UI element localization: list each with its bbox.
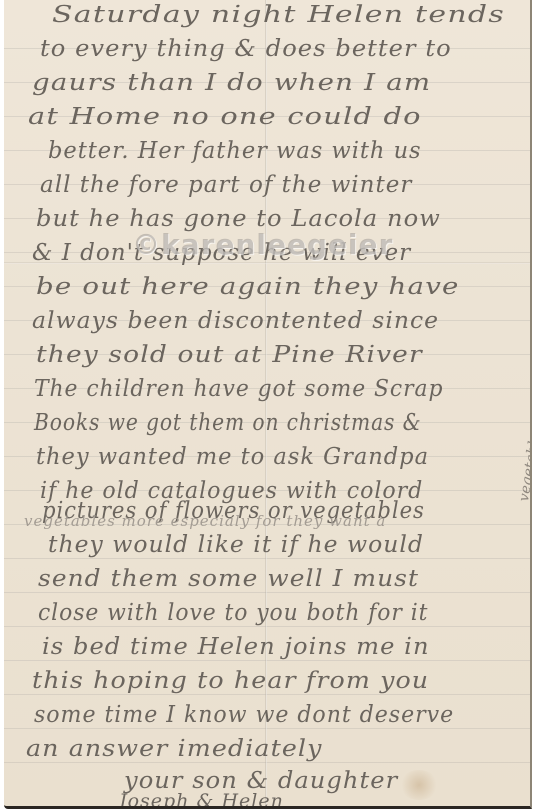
ruled-line [4,660,530,661]
letter-line: they would like it if he would [48,532,424,558]
letter-line: at Home no one could do [28,104,422,130]
letter-line: is bed time Helen joins me in [42,634,430,660]
letter-line: send them some well I must [38,566,419,592]
letter-line: all the fore part of the winter [40,172,412,198]
ruled-line [4,626,530,627]
letter-line: Saturday night Helen tends [52,2,505,28]
letter-line: Books we got them on christmas & [34,410,422,436]
ruled-line [4,694,530,695]
letter-line: always been discontented since [32,308,439,334]
letter-signature: Joseph & Helen [119,790,284,809]
letter-line: an answer imediately [26,736,323,762]
margin-note: vegetable pages [516,386,532,502]
letter-line: they wanted me to ask Grandpa [36,444,429,470]
ruled-line [4,762,530,763]
letter-line: gaurs than I do when I am [32,70,431,96]
ruled-line [4,558,530,559]
letter-line: they sold out at Pine River [36,342,423,368]
ruled-line [4,728,530,729]
letter-line: The children have got some Scrap [34,376,443,402]
paper-stain [399,770,439,800]
letter-line: close with love to you both for it [38,600,428,626]
letter-line: better. Her father was with us [48,138,422,164]
copyright-watermark: ©karenleegeier [132,228,393,261]
ruled-line [4,592,530,593]
letter-line: this hoping to hear from you [32,668,429,694]
letter-page: Saturday night Helen tends to every thin… [4,0,532,809]
letter-line: to every thing & does better to [40,36,452,62]
letter-line: be out here again they have [36,274,460,300]
letter-line: some time I know we dont deserve [34,702,454,728]
interlinear-note: vegetables more especialy for they want … [24,512,386,530]
